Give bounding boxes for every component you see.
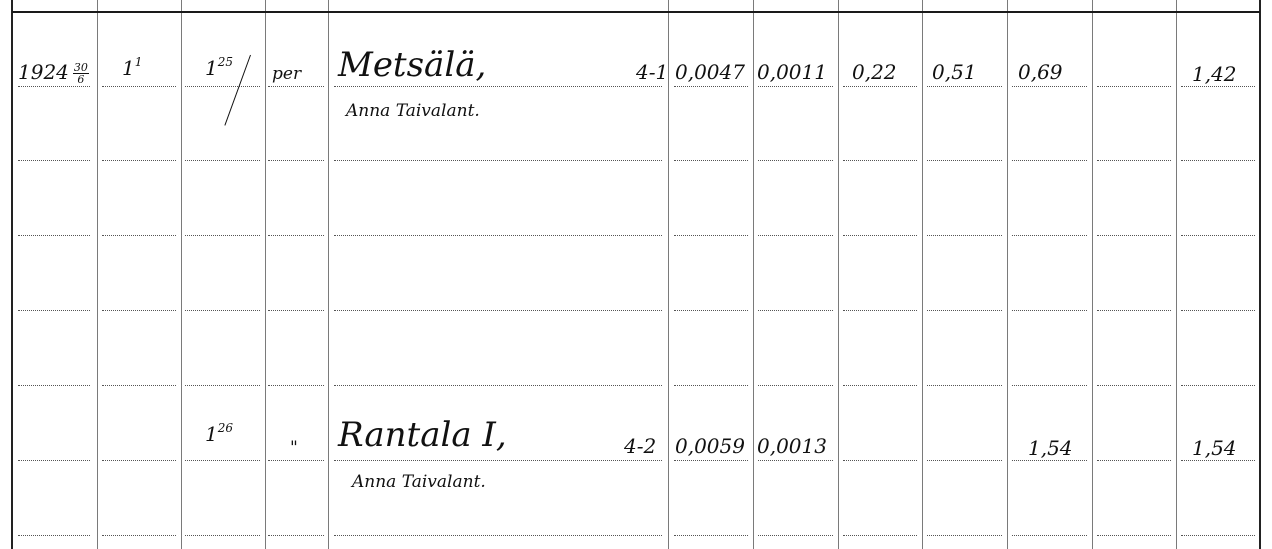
entry-val1: 0,0047 — [675, 62, 745, 82]
header-rule — [12, 11, 1260, 13]
column-rule — [753, 0, 754, 549]
column-rule — [922, 0, 923, 549]
column-rule — [97, 0, 98, 549]
entry-val1: 0,0059 — [675, 436, 745, 456]
column-rule — [265, 0, 266, 549]
entry-col-a: 11 — [122, 58, 142, 78]
entry-col-c: per — [272, 66, 301, 83]
left-border — [11, 0, 13, 549]
entry-year: 1924 — [18, 60, 69, 84]
entry-day-month: 306 — [73, 62, 89, 85]
right-border — [1259, 0, 1261, 549]
entry-lot: 4-2 — [624, 436, 656, 456]
entry-lot: 4-1 — [636, 62, 668, 82]
entry-col-b: 126 — [205, 424, 233, 444]
column-rule — [1176, 0, 1177, 549]
entry-owner: Anna Taivalant. — [346, 103, 480, 120]
column-rule — [838, 0, 839, 549]
entry-owner: Anna Taivalant. — [352, 474, 486, 491]
column-rule — [668, 0, 669, 549]
column-rule — [328, 0, 329, 549]
column-rule — [1007, 0, 1008, 549]
entry-val3: 0,22 — [852, 62, 897, 82]
ledger-page: 1924306 11 125 per Metsälä, Anna Taivala… — [0, 0, 1272, 549]
entry-val5: 1,54 — [1028, 438, 1073, 458]
entry-name: Metsälä, — [338, 48, 486, 82]
entry-date: 1924306 — [18, 62, 89, 85]
entry-name: Rantala I, — [338, 418, 507, 452]
entry-val5: 0,69 — [1018, 62, 1063, 82]
entry-col-c: " — [290, 440, 298, 457]
entry-col-b: 125 — [205, 58, 233, 78]
entry-val4: 0,51 — [932, 62, 977, 82]
column-rule — [181, 0, 182, 549]
entry-total: 1,54 — [1192, 438, 1237, 458]
entry-val2: 0,0011 — [757, 62, 827, 82]
column-rule — [1092, 0, 1093, 549]
entry-total: 1,42 — [1192, 64, 1237, 84]
entry-val2: 0,0013 — [757, 436, 827, 456]
